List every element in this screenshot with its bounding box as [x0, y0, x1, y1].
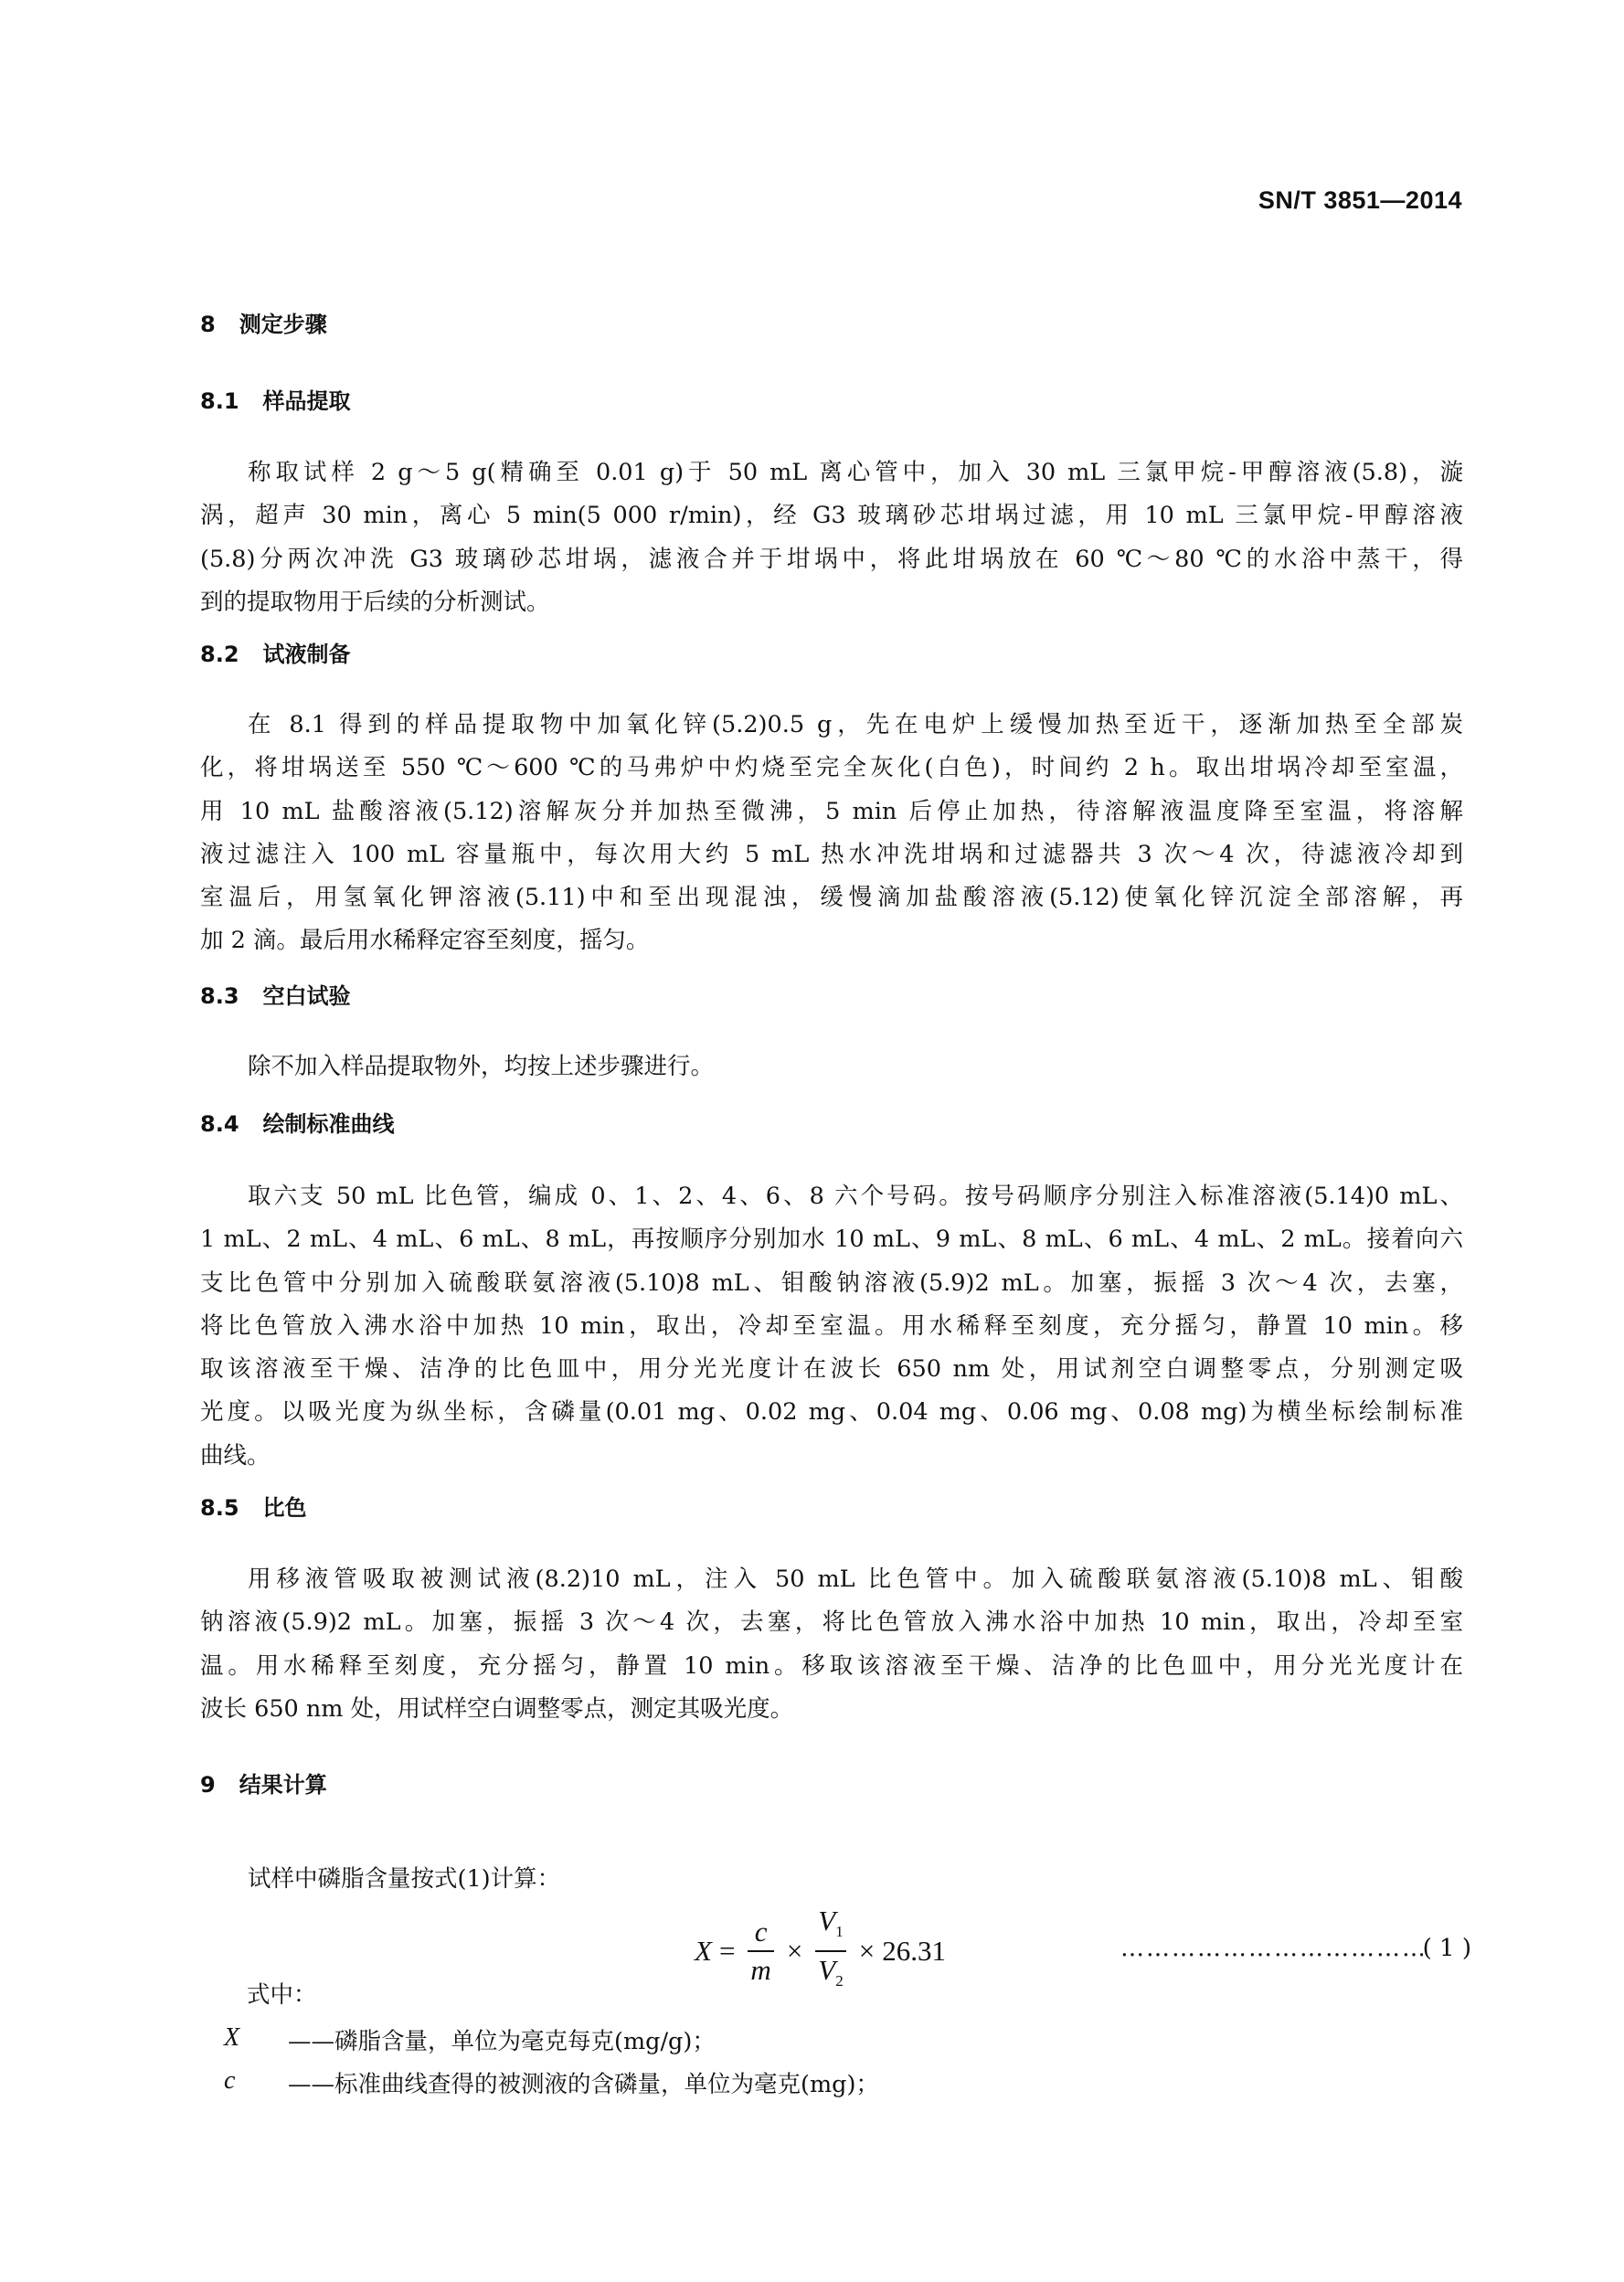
formula-times: ×	[787, 1935, 802, 1968]
document-page: SN/T 3851—2014 8测定步骤 8.1样品提取 称取试样 2 g～5 …	[0, 0, 1624, 2282]
section-heading-8-3: 8.3空白试验	[200, 982, 351, 1010]
section-heading-8: 8测定步骤	[200, 311, 327, 338]
section-heading-8-2: 8.2试液制备	[200, 641, 351, 668]
fraction-c-over-m: c m	[748, 1914, 773, 1989]
fraction-denominator: V2	[815, 1952, 845, 2000]
text-line: 液过滤注入 100 mL 容量瓶中，每次用大约 5 mL 热水冲洗坩埚和过滤器共…	[200, 833, 1463, 876]
paragraph-8-4: 取六支 50 mL 比色管，编成 0、1、2、4、6、8 六个号码。按号码顺序分…	[200, 1175, 1463, 1478]
text-line: 在 8.1 得到的样品提取物中加氧化锌(5.2)0.5 g，先在电炉上缓慢加热至…	[200, 704, 1463, 747]
formula-times: ×	[859, 1935, 875, 1968]
text-line: 钠溶液(5.9)2 mL。加塞，振摇 3 次～4 次，去塞，将比色管放入沸水浴中…	[200, 1601, 1463, 1644]
subscript: 2	[835, 1972, 844, 1990]
text-line: 1 mL、2 mL、4 mL、6 mL、8 mL，再按顺序分别加水 10 mL、…	[200, 1218, 1463, 1261]
section-heading-8-1: 8.1样品提取	[200, 387, 351, 415]
variable-definition-x: X ——磷脂含量，单位为毫克每克(mg/g)；	[224, 2023, 716, 2056]
paragraph-8-2: 在 8.1 得到的样品提取物中加氧化锌(5.2)0.5 g，先在电炉上缓慢加热至…	[200, 704, 1463, 963]
section-title: 绘制标准曲线	[263, 1111, 395, 1137]
section-title: 空白试验	[263, 983, 351, 1009]
text-line: 曲线。	[200, 1435, 1463, 1478]
section-number: 8.3	[200, 982, 239, 1010]
section-number: 8.2	[200, 641, 239, 668]
text-line: 室温后，用氢氧化钾溶液(5.11)中和至出现混浊，缓慢滴加盐酸溶液(5.12)使…	[200, 876, 1463, 919]
fraction-denominator: m	[748, 1952, 773, 1989]
variable-description: ——标准曲线查得的被测液的含磷量，单位为毫克(mg)；	[288, 2066, 879, 2099]
section-heading-8-4: 8.4绘制标准曲线	[200, 1110, 395, 1138]
symbol-v: V	[818, 1905, 835, 1937]
text-line: 试样中磷脂含量按式(1)计算：	[200, 1858, 1463, 1901]
text-line: (5.8)分两次冲洗 G3 玻璃砂芯坩埚，滤液合并于坩埚中，将此坩埚放在 60 …	[200, 538, 1463, 581]
paragraph-9-intro: 试样中磷脂含量按式(1)计算：	[200, 1858, 1463, 1901]
text-line: 取该溶液至干燥、洁净的比色皿中，用分光光度计在波长 650 nm 处，用试剂空白…	[200, 1348, 1463, 1391]
section-number: 8.5	[200, 1494, 239, 1522]
section-number: 8	[200, 311, 216, 338]
variable-symbol: c	[224, 2066, 288, 2099]
text-line: 涡，超声 30 min，离心 5 min(5 000 r/min)，经 G3 玻…	[200, 494, 1463, 537]
variable-symbol: X	[224, 2023, 288, 2056]
formula-constant: 26.31	[882, 1935, 946, 1968]
text-line: 加 2 滴。最后用水稀释定容至刻度，摇匀。	[200, 919, 1463, 962]
formula-lhs: X	[695, 1935, 712, 1968]
text-line: 用移液管吸取被测试液(8.2)10 mL，注入 50 mL 比色管中。加入硫酸联…	[200, 1558, 1463, 1601]
text-line: 除不加入样品提取物外，均按上述步骤进行。	[200, 1045, 1463, 1088]
section-title: 比色	[263, 1495, 307, 1521]
section-heading-9: 9结果计算	[200, 1771, 327, 1799]
where-label: 式中：	[247, 1977, 317, 2010]
paragraph-8-1: 称取试样 2 g～5 g(精确至 0.01 g)于 50 mL 离心管中，加入 …	[200, 451, 1463, 624]
text-line: 化，将坩埚送至 550 ℃～600 ℃的马弗炉中灼烧至完全灰化(白色)，时间约 …	[200, 747, 1463, 790]
section-number: 9	[200, 1771, 216, 1799]
text-line: 光度。以吸光度为纵坐标，含磷量(0.01 mg、0.02 mg、0.04 mg、…	[200, 1391, 1463, 1434]
subscript: 1	[835, 1923, 844, 1940]
formula-1: X = c m × V1 V2 × 26.31	[695, 1901, 946, 2001]
section-title: 测定步骤	[239, 312, 327, 337]
text-line: 温。用水稀释至刻度，充分摇匀，静置 10 min。移取该溶液至干燥、洁净的比色皿…	[200, 1645, 1463, 1688]
symbol-v: V	[818, 1954, 835, 1986]
standard-code: SN/T 3851—2014	[1258, 186, 1462, 215]
variable-description: ——磷脂含量，单位为毫克每克(mg/g)；	[288, 2023, 716, 2056]
fraction-numerator: c	[752, 1914, 770, 1950]
text-line: 波长 650 nm 处，用试样空白调整零点，测定其吸光度。	[200, 1688, 1463, 1731]
paragraph-8-3: 除不加入样品提取物外，均按上述步骤进行。	[200, 1045, 1463, 1088]
formula-equals: =	[719, 1935, 735, 1968]
fraction-numerator: V1	[815, 1903, 845, 1950]
section-heading-8-5: 8.5比色	[200, 1494, 307, 1522]
text-line: 支比色管中分别加入硫酸联氨溶液(5.10)8 mL、钼酸钠溶液(5.9)2 mL…	[200, 1262, 1463, 1305]
equation-number-row: …………………………………………………………………… ( 1 )	[1120, 1935, 1471, 1962]
section-number: 8.4	[200, 1110, 239, 1138]
paragraph-8-5: 用移液管吸取被测试液(8.2)10 mL，注入 50 mL 比色管中。加入硫酸联…	[200, 1558, 1463, 1731]
section-number: 8.1	[200, 387, 239, 415]
equation-number: ( 1 )	[1423, 1935, 1471, 1962]
section-title: 样品提取	[263, 388, 351, 414]
text-line: 到的提取物用于后续的分析测试。	[200, 581, 1463, 624]
text-line: 取六支 50 mL 比色管，编成 0、1、2、4、6、8 六个号码。按号码顺序分…	[200, 1175, 1463, 1218]
fraction-v1-over-v2: V1 V2	[815, 1903, 845, 2000]
text-line: 称取试样 2 g～5 g(精确至 0.01 g)于 50 mL 离心管中，加入 …	[200, 451, 1463, 494]
variable-definition-c: c ——标准曲线查得的被测液的含磷量，单位为毫克(mg)；	[224, 2066, 879, 2099]
text-line: 用 10 mL 盐酸溶液(5.12)溶解灰分并加热至微沸，5 min 后停止加热…	[200, 791, 1463, 833]
section-title: 试液制备	[263, 642, 351, 667]
leader-dots: ……………………………………………………………………	[1120, 1935, 1423, 1962]
text-line: 将比色管放入沸水浴中加热 10 min，取出，冷却至室温。用水稀释至刻度，充分摇…	[200, 1305, 1463, 1348]
section-title: 结果计算	[239, 1772, 327, 1798]
